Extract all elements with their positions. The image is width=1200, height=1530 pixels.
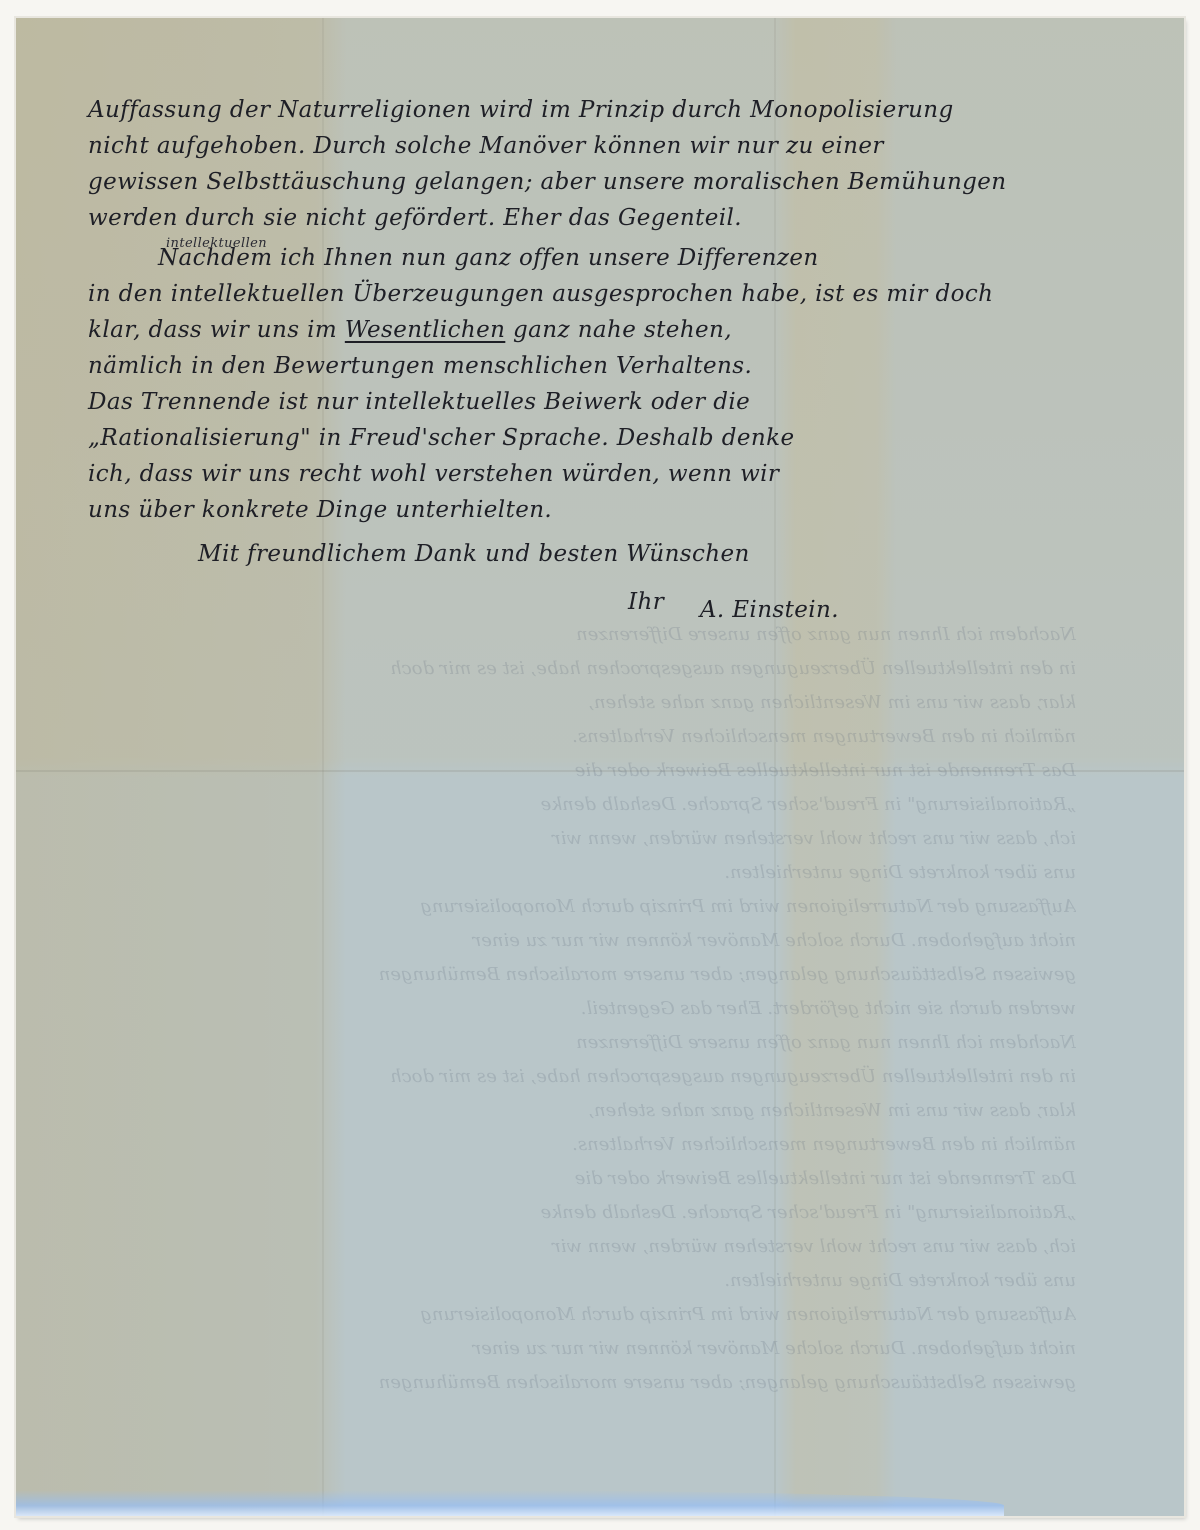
signature-prefix: Ihr (628, 589, 664, 615)
text-line: Auffassung der Naturreligionen wird im P… (88, 92, 1128, 128)
text-line: nicht aufgehoben. Durch solche Manöver k… (88, 128, 1128, 164)
text-line: „Rationalisierung" in Freud'scher Sprach… (88, 420, 1128, 456)
text-line: uns über konkrete Dinge unterhielten. (88, 492, 1128, 528)
paragraph-2: intellektuellen Nachdem ich Ihnen nun ga… (88, 240, 1128, 528)
text-line: in den intellektuellen Überzeugungen aus… (88, 276, 1128, 312)
text-line: gewissen Selbsttäuschung gelangen; aber … (88, 164, 1128, 200)
text-line: werden durch sie nicht gefördert. Eher d… (88, 200, 1128, 236)
text-line: nämlich in den Bewertungen menschlichen … (88, 348, 1128, 384)
signature-block: Ihr A. Einstein. (88, 584, 1128, 620)
text-fragment: ganz nahe stehen, (505, 317, 732, 343)
text-line: ich, dass wir uns recht wohl verstehen w… (88, 456, 1128, 492)
text-fragment: klar, dass wir uns im (88, 317, 345, 343)
inserted-word: intellektuellen (166, 236, 267, 251)
text-line: Das Trennende ist nur intellektuelles Be… (88, 384, 1128, 420)
bleed-through-text: Nachdem ich Ihnen nun ganz offen unsere … (136, 618, 1076, 1400)
scan-glare (16, 1490, 1004, 1516)
letter-body: Auffassung der Naturreligionen wird im P… (88, 92, 1128, 620)
text-line: klar, dass wir uns im Wesentlichen ganz … (88, 312, 1128, 348)
signature: A. Einstein. (700, 597, 839, 623)
closing-line: Mit freundlichem Dank und besten Wünsche… (88, 536, 1128, 572)
underlined-word: Wesentlichen (345, 317, 505, 343)
paragraph-1: Auffassung der Naturreligionen wird im P… (88, 92, 1128, 236)
